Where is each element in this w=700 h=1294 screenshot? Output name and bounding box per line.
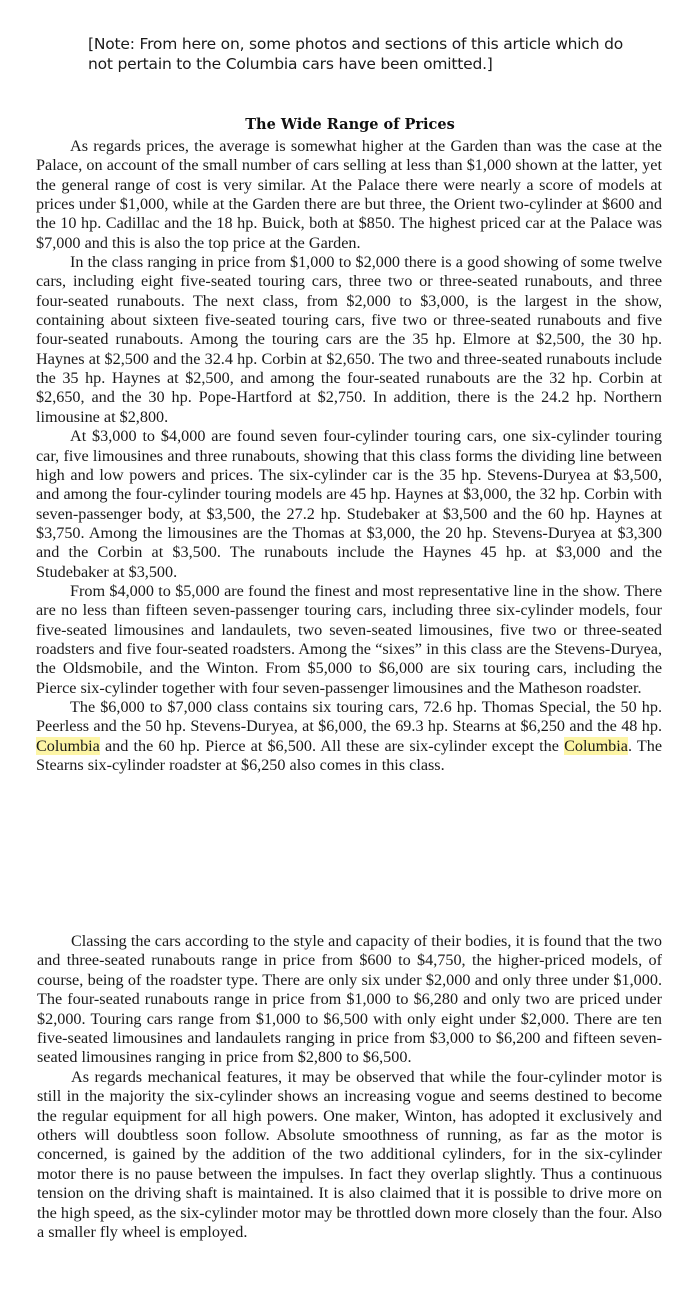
section-title: The Wide Range of Prices xyxy=(0,116,700,133)
editor-note: [Note: From here on, some photos and sec… xyxy=(88,34,628,74)
paragraph-body-styles: Classing the cars according to the style… xyxy=(37,932,662,1068)
article-body: As regards prices, the average is somewh… xyxy=(36,137,662,775)
article-body-continued: Classing the cars according to the style… xyxy=(37,932,662,1243)
highlight-columbia: Columbia xyxy=(36,737,100,755)
highlight-columbia: Columbia xyxy=(564,737,628,755)
paragraph-6000-7000-class: The $6,000 to $7,000 class contains six … xyxy=(36,698,662,775)
paragraph-4000-6000-class: From $4,000 to $5,000 are found the fine… xyxy=(36,582,662,698)
paragraph-3000-4000-class: At $3,000 to $4,000 are found seven four… xyxy=(36,427,662,582)
paragraph-1000-3000-class: In the class ranging in price from $1,00… xyxy=(36,253,662,427)
paragraph-mechanical-features: As regards mechanical features, it may b… xyxy=(37,1068,662,1243)
paragraph-prices-overview: As regards prices, the average is somewh… xyxy=(36,137,662,253)
text-segment: The $6,000 to $7,000 class contains six … xyxy=(36,698,662,735)
text-segment: and the 60 hp. Pierce at $6,500. All the… xyxy=(100,737,564,755)
